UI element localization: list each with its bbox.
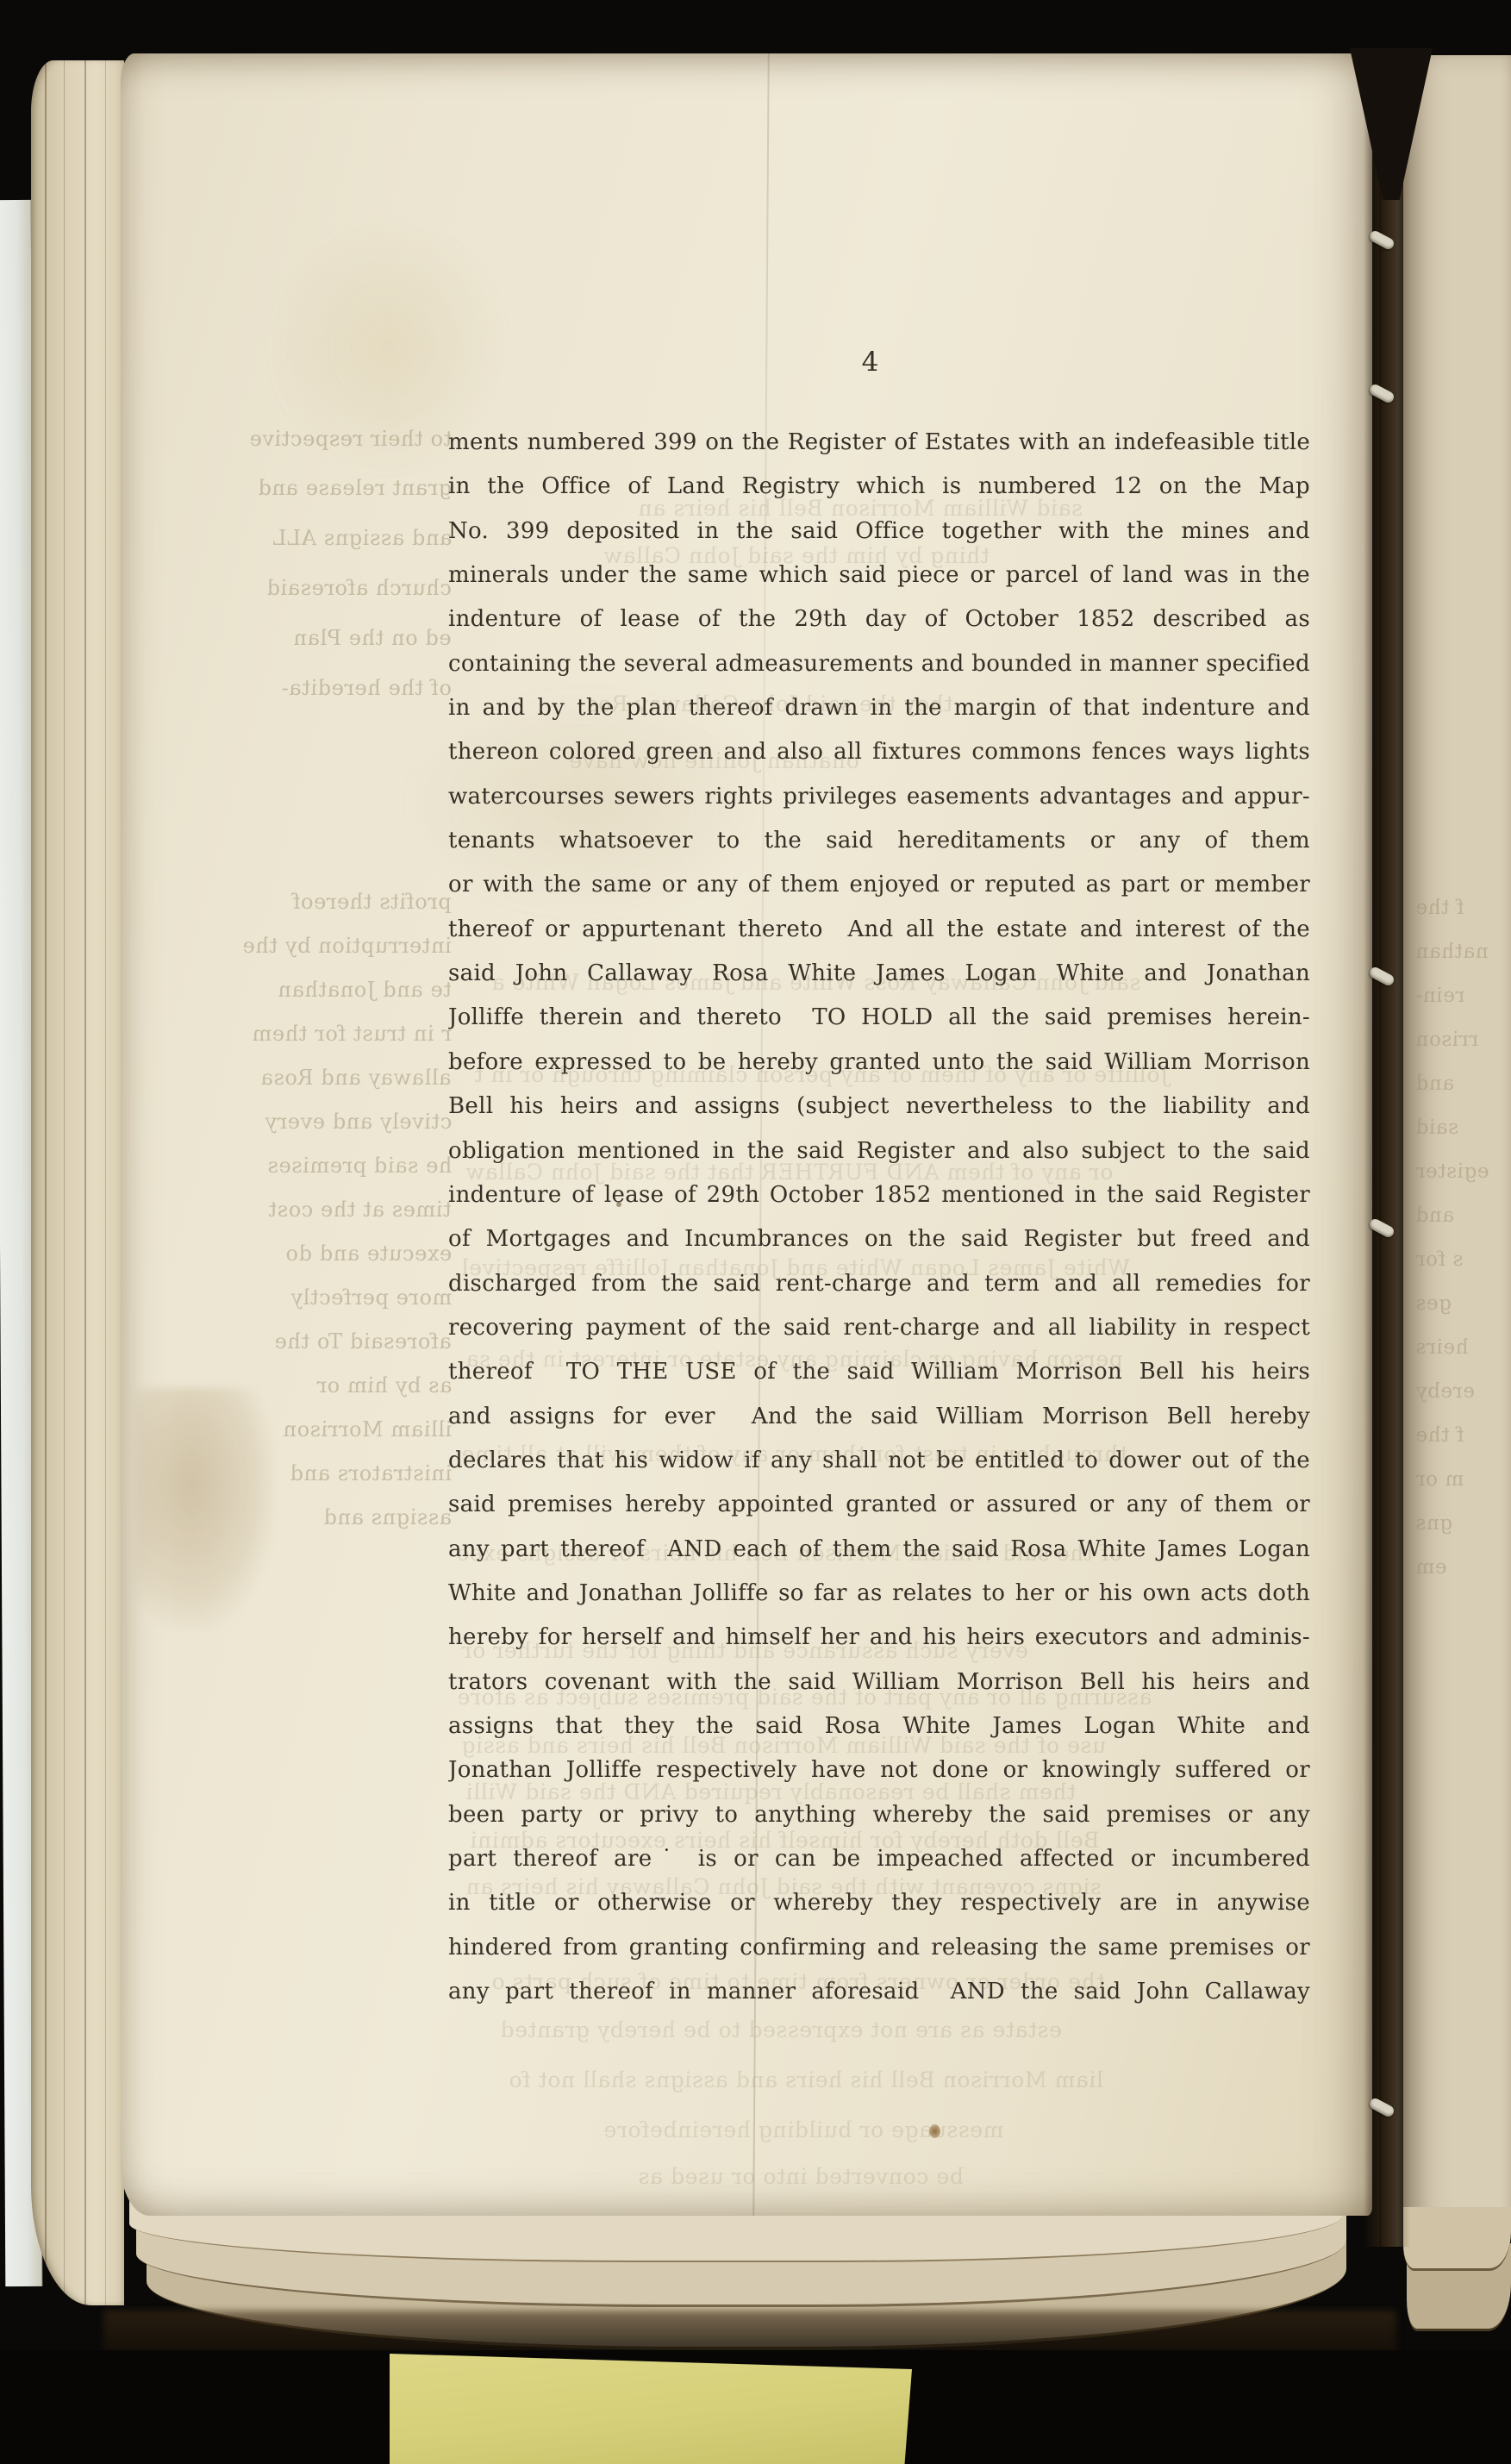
deed-text-line: part thereof are˙ is or can be impeached…	[448, 1837, 1310, 1881]
ghost-text-line: estate as are not expressed to be hereby…	[500, 2017, 1062, 2042]
deed-text-line: No. 399 deposited in the said Office tog…	[448, 510, 1310, 553]
deed-text-block: ments numbered 399 on the Register of Es…	[448, 421, 1310, 2014]
ghost-text-fragment: s for	[1415, 1248, 1463, 1271]
deed-text-line: minerals under the same which said piece…	[448, 553, 1310, 597]
ghost-text-fragment: rein-	[1415, 985, 1465, 1007]
book-page: to their respectivegrant release andand …	[121, 53, 1372, 2216]
ghost-text-fragment: heirs	[1415, 1336, 1469, 1359]
left-page-stack-edges	[31, 60, 124, 2305]
deed-text-line: in title or otherwise or whereby they re…	[448, 1881, 1310, 1925]
deed-text-line: thereof TO THE USE of the said William M…	[448, 1350, 1310, 1394]
deed-text-line: of Mortgages and Incumbrances on the sai…	[448, 1217, 1310, 1261]
deed-text-line: declares that his widow if any shall not…	[448, 1439, 1310, 1483]
deed-text-line: hereby for herself and himself her and h…	[448, 1616, 1310, 1660]
deed-text-line: obligation mentioned in the said Registe…	[448, 1129, 1310, 1173]
ghost-text-fragment: em	[1415, 1556, 1447, 1579]
ghost-text-line: liam Morrison Bell his heirs and assigns…	[509, 2067, 1103, 2092]
table-surface-dark	[912, 2369, 1369, 2464]
deed-text-line: White and Jonathan Jolliffe so far as re…	[448, 1572, 1310, 1616]
deed-text-line: Jolliffe therein and thereto TO HOLD all…	[448, 996, 1310, 1040]
deed-text-line: been party or privy to anything whereby …	[448, 1793, 1310, 1837]
ghost-text-fragment: f the	[1415, 897, 1464, 919]
ghost-text-fragment: m or	[1415, 1468, 1464, 1491]
deed-text-line: or with the same or any of them enjoyed …	[448, 863, 1310, 907]
ghost-text-fragment: f the	[1415, 1424, 1464, 1447]
ghost-text-fragment: and	[1415, 1073, 1454, 1095]
stitch-thread	[1368, 229, 1396, 252]
deed-text-line: thereof or appurtenant thereto And all t…	[448, 908, 1310, 952]
stitch-thread	[1368, 2097, 1396, 2119]
deed-text-line: assigns that they the said Rosa White Ja…	[448, 1704, 1310, 1748]
deed-text-line: Bell his heirs and assigns (subject neve…	[448, 1085, 1310, 1129]
deed-text-line: trators covenant with the said William M…	[448, 1660, 1310, 1704]
ghost-text-fragment: ges	[1415, 1292, 1452, 1315]
ghost-text-fragment: said	[1415, 1116, 1458, 1139]
deed-text-line: in and by the plan thereof drawn in the …	[448, 686, 1310, 730]
deed-text-line: indenture of lease of 29th October 1852 …	[448, 1173, 1310, 1217]
deed-text-line: watercourses sewers rights privileges ea…	[448, 775, 1310, 819]
facing-page-bottom-edge-1	[1403, 2207, 1511, 2271]
deed-text-line: Jonathan Jolliffe respectively have not …	[448, 1748, 1310, 1792]
ghost-text-fragment: gns	[1415, 1512, 1452, 1535]
stitch-thread	[1368, 966, 1396, 988]
deed-text-line: indenture of lease of the 29th day of Oc…	[448, 597, 1310, 641]
deed-text-line: any part thereof in manner aforesaid AND…	[448, 1970, 1310, 2014]
ghost-text-fragment: and	[1415, 1204, 1454, 1227]
ghost-text-fragment: egister	[1415, 1160, 1489, 1183]
deed-text-line: hindered from granting confirming and re…	[448, 1926, 1310, 1970]
deed-text-line: tenants whatsoever to the said hereditam…	[448, 819, 1310, 863]
deed-text-line: said premises hereby appointed granted o…	[448, 1483, 1310, 1527]
deed-text-line: containing the several admeasurements an…	[448, 642, 1310, 686]
ghost-text-fragment: ereby	[1415, 1380, 1475, 1403]
deed-text-line: ments numbered 399 on the Register of Es…	[448, 421, 1310, 465]
ghost-text-line: be converted into or used as	[638, 2164, 964, 2189]
deed-text-line: and assigns for ever And the said Willia…	[448, 1395, 1310, 1439]
ghost-text-fragment: rrison	[1415, 1029, 1478, 1051]
deed-text-line: any part thereof AND each of them the sa…	[448, 1528, 1310, 1572]
ghost-text-line: messuage or building hereinbefore	[603, 2117, 1003, 2142]
deed-text-line: recovering payment of the said rent-char…	[448, 1306, 1310, 1350]
stitch-thread	[1368, 1217, 1396, 1240]
binding-gutter	[1364, 50, 1410, 2247]
stitch-thread	[1368, 383, 1396, 405]
deed-text-line: discharged from the said rent-charge and…	[448, 1262, 1310, 1306]
deed-text-line: before expressed to be hereby granted un…	[448, 1041, 1310, 1085]
deed-text-line: said John Callaway Rosa White James Loga…	[448, 952, 1310, 996]
deed-text-line: thereon colored green and also all fixtu…	[448, 730, 1310, 774]
book-photograph: to their respectivegrant release andand …	[0, 0, 1511, 2464]
ghost-text-fragment: nathan	[1415, 941, 1489, 963]
deed-text-line: in the Office of Land Registry which is …	[448, 465, 1310, 509]
facing-page-edge: f thenathanrein-rrisonandsaidegisterands…	[1403, 55, 1511, 2231]
